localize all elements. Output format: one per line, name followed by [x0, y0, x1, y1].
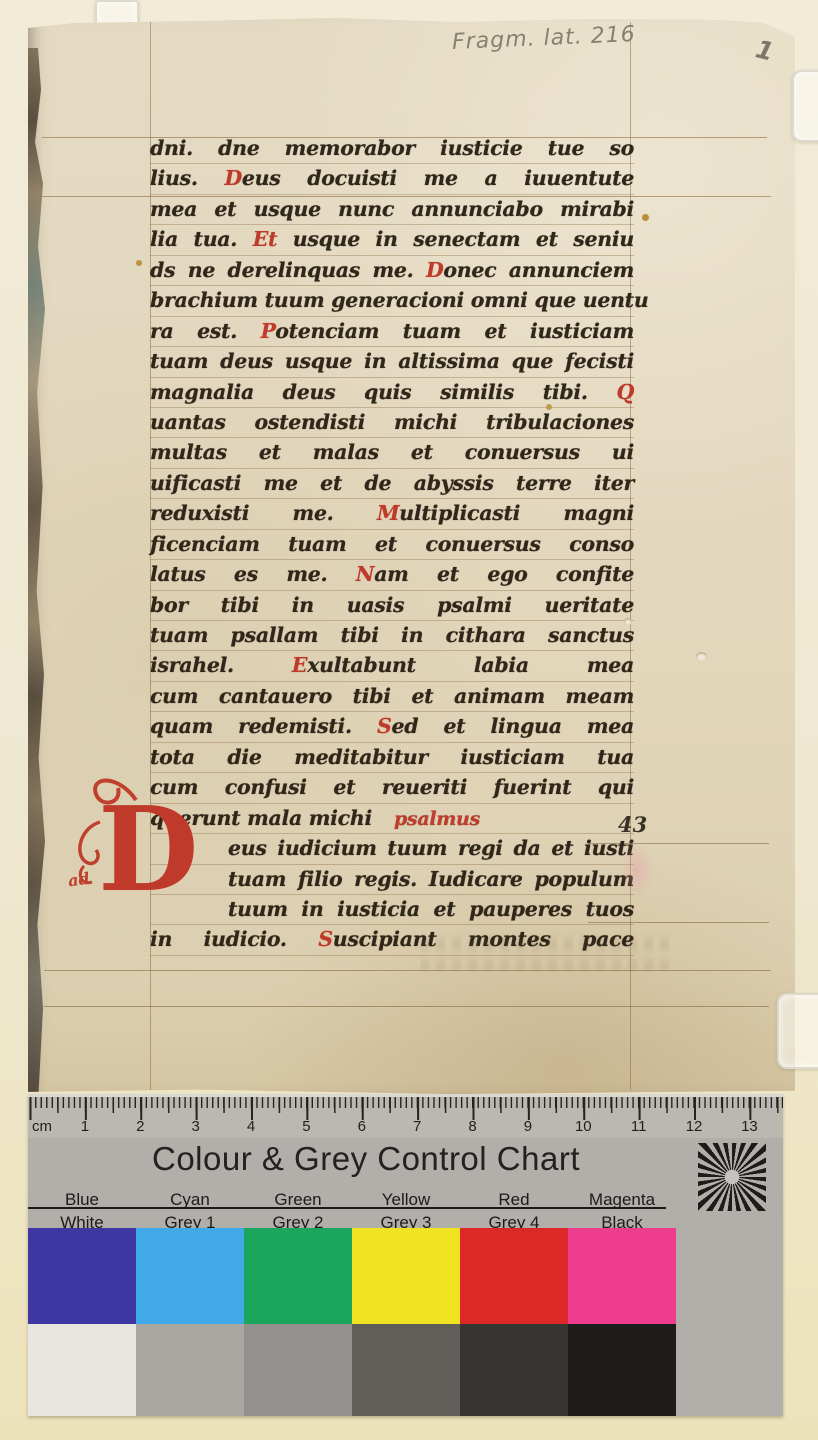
quire-mark: 43 [618, 812, 647, 837]
ruler-ticks [28, 1097, 783, 1120]
color-swatch [352, 1228, 460, 1324]
manuscript-line: multas et malas et conuersus ui [150, 438, 634, 468]
color-swatch [244, 1228, 352, 1324]
chart-title: Colour & Grey Control Chart [28, 1140, 704, 1178]
grey-swatch [244, 1324, 352, 1416]
grey-swatch [460, 1324, 568, 1416]
manuscript-line: ficenciam tuam et conuersus conso [150, 530, 634, 560]
photo-background: dni. dne memorabor iusticie tue solius. … [0, 0, 818, 1440]
ruler-number: 4 [247, 1118, 255, 1135]
manuscript-line: magnalia deus quis similis tibi. Q [150, 378, 634, 408]
manuscript-line: israhel. Exultabunt labia mea [150, 651, 634, 681]
grey-swatch [352, 1324, 460, 1416]
mounting-clip-lower [777, 993, 818, 1069]
ruler-number: 8 [468, 1118, 476, 1135]
rubric-psalmus: psalmus [394, 808, 480, 830]
ruler-number: 7 [413, 1118, 421, 1135]
grey-swatch [568, 1324, 676, 1416]
mounting-clip-upper [792, 70, 818, 142]
parchment-hole [696, 652, 707, 661]
margin-gloss: ad [67, 869, 91, 891]
spine-edge [27, 48, 47, 1092]
ruler-number: 5 [302, 1118, 310, 1135]
manuscript-line: reduxisti me. Multiplicasti magni [150, 499, 634, 529]
pigment-offset-smudge [620, 842, 654, 898]
ruler-number: 9 [524, 1118, 532, 1135]
manuscript-line: brachium tuum generacioni omni que uentu [150, 286, 634, 316]
manuscript-line: dni. dne memorabor iusticie tue so [150, 134, 634, 164]
ink-bleedthrough [420, 932, 670, 974]
manuscript-line: cum cantauero tibi et animam meam [150, 682, 634, 712]
ruler-number: 13 [741, 1118, 758, 1135]
wax-spot [546, 404, 552, 410]
grey-swatch [28, 1324, 136, 1416]
ruler-unit-label: cm [32, 1118, 52, 1135]
manuscript-line: tuam psallam tibi in cithara sanctus [150, 621, 634, 651]
ruler-number: 10 [575, 1118, 592, 1135]
manuscript-line: tuam deus usque in altissima que fecisti [150, 347, 634, 377]
manuscript-line: mea et usque nunc annunciabo mirabi [150, 195, 634, 225]
grey-swatch [136, 1324, 244, 1416]
ruler-number: 3 [191, 1118, 199, 1135]
color-swatch [460, 1228, 568, 1324]
manuscript-line: uificasti me et de abyssis terre iter [150, 469, 634, 499]
manuscript-line: ds ne derelinquas me. Donec annunciem [150, 256, 634, 286]
manuscript-line: ra est. Potenciam tuam et iusticiam [150, 317, 634, 347]
illuminated-initial-d: D [66, 766, 226, 921]
parchment-hole [624, 618, 632, 625]
ruler-number: 2 [136, 1118, 144, 1135]
focus-star-icon [698, 1143, 766, 1211]
grey-swatch-row [28, 1324, 676, 1416]
manuscript-leaf: dni. dne memorabor iusticie tue solius. … [28, 14, 795, 1094]
ruler-number: 11 [631, 1118, 647, 1135]
ruler-number: 1 [81, 1118, 89, 1135]
manuscript-line: bor tibi in uasis psalmi ueritate [150, 591, 634, 621]
ruler-number: 6 [358, 1118, 366, 1135]
color-swatch [568, 1228, 676, 1324]
manuscript-line: latus es me. Nam et ego confite [150, 560, 634, 590]
color-swatch [136, 1228, 244, 1324]
manuscript-line: lius. Deus docuisti me a iuuentute [150, 164, 634, 194]
wax-spot [136, 260, 142, 266]
color-swatch [28, 1228, 136, 1324]
color-control-chart: cm 12345678910111213 Colour & Grey Contr… [28, 1094, 783, 1416]
manuscript-line: quam redemisti. Sed et lingua mea [150, 712, 634, 742]
svg-text:D: D [98, 782, 199, 918]
ruler: cm 12345678910111213 [28, 1094, 783, 1138]
wax-spot [642, 214, 649, 221]
color-swatch-row [28, 1228, 676, 1324]
manuscript-line: uantas ostendisti michi tribulaciones [150, 408, 634, 438]
ruling-horizontal [44, 1006, 769, 1007]
manuscript-line: lia tua. Et usque in senectam et seniu [150, 225, 634, 255]
label-divider-line [28, 1207, 666, 1209]
ruler-number: 12 [686, 1118, 703, 1135]
